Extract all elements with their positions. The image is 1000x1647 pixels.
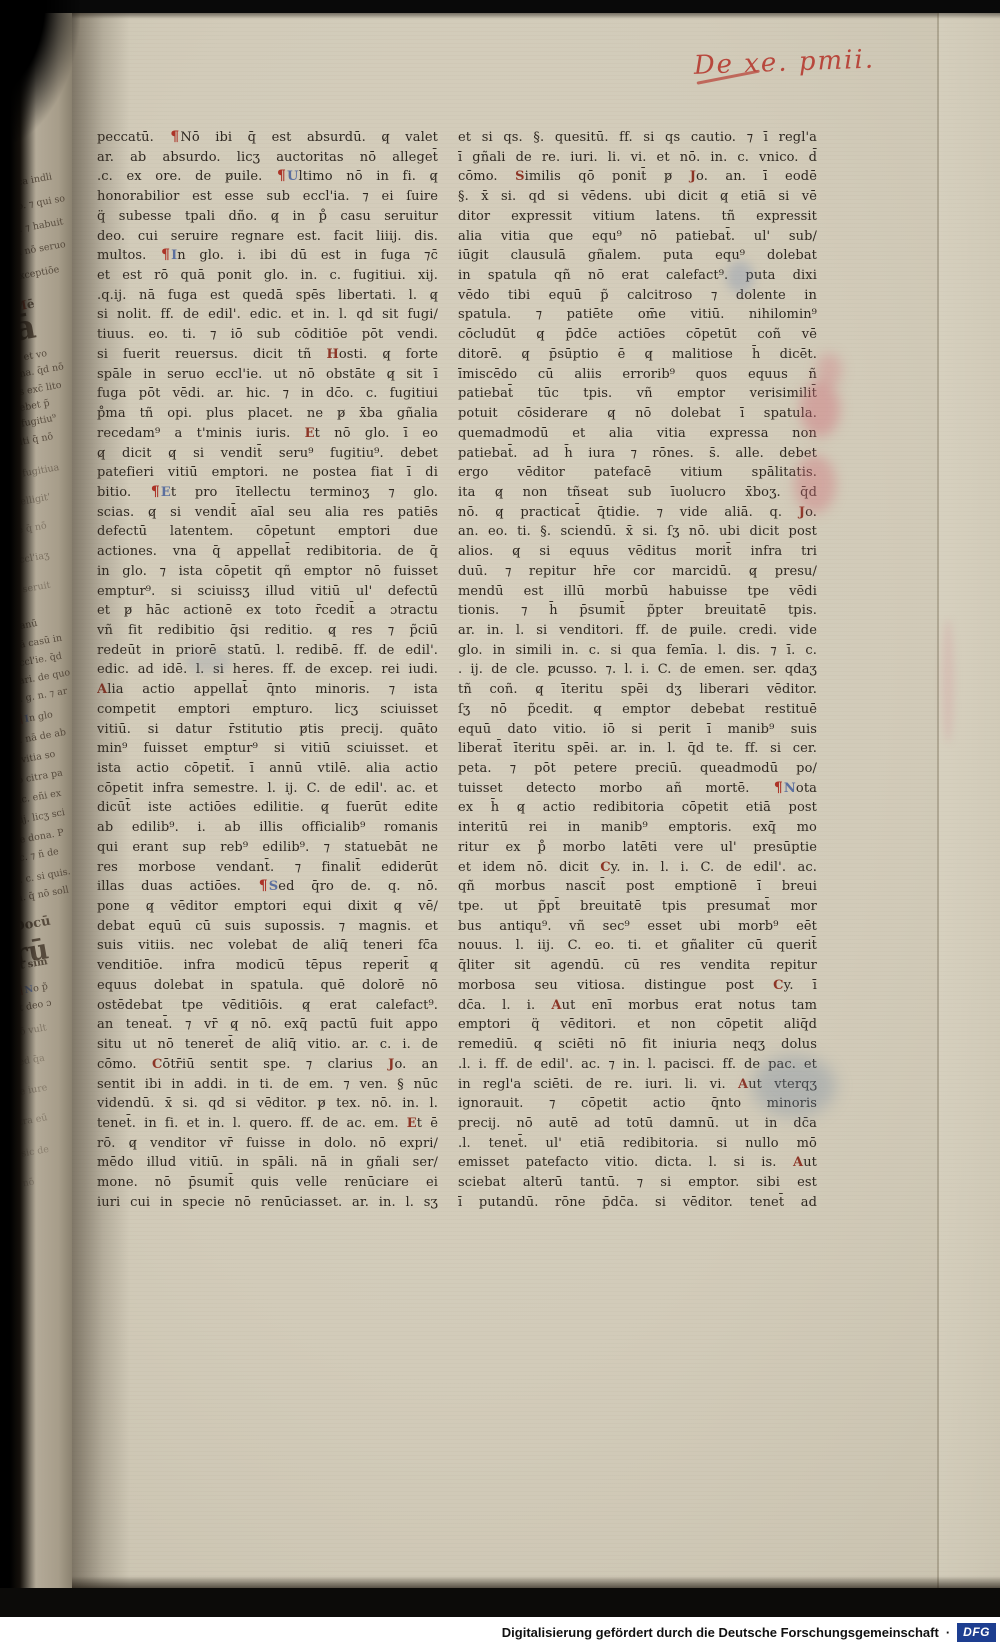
text-line: ostēdebat tpe vēditiōis. q̷ erat calefac…: [97, 996, 438, 1016]
blue-initial: S: [269, 879, 279, 894]
paragraph-mark: ¶: [258, 878, 269, 894]
text-line: ar. ab absurdo. licʒ auctoritas nō alleg…: [97, 148, 438, 168]
red-initial: A: [793, 1155, 803, 1170]
text-line: si fuerit reuersus. dicit tñ Hosti. q̷ f…: [97, 345, 438, 365]
text-line: honorabilior est esse sub eccl'ia. ⁊ ei …: [97, 187, 438, 207]
paragraph-mark: ¶: [150, 484, 161, 500]
text-line: sciebat alterū tantū. ⁊ si emptor. sibi …: [458, 1173, 817, 1193]
paragraph-mark: ¶: [160, 247, 171, 263]
spine-corner-shadow: [0, 0, 80, 150]
text-line: .l. i. ff. de edil'. ac. ⁊ in. l. pacisc…: [458, 1055, 817, 1075]
text-line: tuisset detecto morbo añ mortē. ¶Nota: [458, 779, 817, 799]
text-line: edic. ad idē. l. si heres. ff. de excep.…: [97, 660, 438, 680]
text-line: ex h̄ q̷ actio redibitoria cōpetit etiā …: [458, 798, 817, 818]
text-line: iuri cui in specie nō renūciasset. ar. i…: [97, 1193, 438, 1213]
red-initial: H: [326, 347, 338, 362]
text-line: et idem nō. dicit Cy. in. l. i. C. de ed…: [458, 858, 817, 878]
text-line: bus antiqu⁹. vñ sec⁹ esset ubi morb⁹ eēt: [458, 917, 817, 937]
text-line: defectū latentem. cōpetunt emptori due: [97, 522, 438, 542]
text-line: mēdo illud vitiū. in spāli. nā in gñali …: [97, 1153, 438, 1173]
text-line: īmiscēdo cū aliis errorib⁹ quos equus ñ: [458, 365, 817, 385]
text-line: redeūt in priorē statū. l. redibē. ff. d…: [97, 641, 438, 661]
text-line: alios. q̷ si equus vēditus morit̄ infra …: [458, 542, 817, 562]
text-line: dicūt̄ iste actiōes edilitie. q̷ fuerūt …: [97, 798, 438, 818]
text-line: mone. nō p̄sumit̄ quis velle renūciare e…: [97, 1173, 438, 1193]
text-line: multos. ¶In glo. i. ibi dū est in fuga ⁊…: [97, 246, 438, 266]
photo-background-band: [0, 1588, 1000, 1617]
text-line: iūgit clausulā gñalem. puta equ⁹ dolebat: [458, 246, 817, 266]
blue-initial: I: [171, 248, 177, 263]
text-line: et est rō quā ponit glo. in. c. fugitiui…: [97, 266, 438, 286]
text-line: pone q̷ vēditor emptori equi dixit q̷ vē…: [97, 897, 438, 917]
red-initial: A: [551, 998, 561, 1013]
text-line: tñ coñ. q̷ īteritu spēi dʒ liberari vēdi…: [458, 680, 817, 700]
text-line: precij. nō autē ad totū damnū. ut in dc̄…: [458, 1114, 817, 1134]
fore-edge-pages: [939, 13, 1000, 1588]
text-line: ergo vēditor patefacē vitium spālitatis.: [458, 463, 817, 483]
text-line: cōmo. Cōtr̄iū sentit spe. ⁊ clarius Jo. …: [97, 1055, 438, 1075]
text-line: glo. in simili in. c. si qua femīa. l. d…: [458, 641, 817, 661]
text-line: an teneat̄. ⁊ vr̄ q̷ nō. exq̄ pactū fuit…: [97, 1015, 438, 1035]
text-line: nō. q̷ practicat̄ q̄tidie. ⁊ vide aliā. …: [458, 503, 817, 523]
gutter-shadow: [70, 13, 130, 1588]
text-line: §. x̄ si. qd si vēdens. ubi dicit q̷ eti…: [458, 187, 817, 207]
text-line: in glo. ⁊ ista cōpetit qñ emptor nō fuis…: [97, 562, 438, 582]
red-initial: C: [773, 978, 783, 993]
text-line: ī gñali de re. iuri. li. vi. et nō. in. …: [458, 148, 817, 168]
book-page: De xe. pmii. peccatū. ¶Nō ibi q̄ est abs…: [26, 13, 1000, 1588]
red-initial: E: [407, 1116, 417, 1131]
red-initial: C: [600, 860, 610, 875]
text-line: equus dolebat in spatula. quē dolorē nō: [97, 976, 438, 996]
text-line: situ ut nō teneret̄ de aliq̄ vitio. ar. …: [97, 1035, 438, 1055]
red-initial: S: [515, 169, 525, 184]
text-line: vitiū. si datur r̄stitutio p̷tis precij.…: [97, 720, 438, 740]
paragraph-mark: ¶: [169, 129, 180, 145]
text-line: p̊ma tñ opi. plus placet. ne p̷ x̄ba gña…: [97, 404, 438, 424]
text-line: debat equū cū suis supossis. ⁊ magnis. e…: [97, 917, 438, 937]
red-initial: C: [152, 1057, 162, 1072]
text-line: emisset patefacto vitio. dicta. l. si is…: [458, 1153, 817, 1173]
pink-bleedthrough-stain: [816, 353, 842, 387]
text-line: ditor expressit vitium latens. tñ expres…: [458, 207, 817, 227]
text-line: cōpetit infra semestre. l. ij. C. de edi…: [97, 779, 438, 799]
dfg-logo: DFG: [957, 1623, 996, 1642]
text-line: ritur ex p̊ morbo latēti vere ul' presūp…: [458, 838, 817, 858]
text-line: ditorē. q̷ p̄sūptio ē q̷ malitiose h̄ di…: [458, 345, 817, 365]
credit-separator: ·: [946, 1625, 950, 1640]
text-line: suis vitiis. nec volebat de aliq̄ teneri…: [97, 936, 438, 956]
text-line: ista actio cōpetit̄. ī annū vtilē. alia …: [97, 759, 438, 779]
text-line: liberat̄ īteritu spēi. ar. in. l. q̄d te…: [458, 739, 817, 759]
text-line: scias. q̷ si vendit̄ aīal seu alia res p…: [97, 503, 438, 523]
text-line: recedam⁹ a t'minis iuris. Et nō glo. ī e…: [97, 424, 438, 444]
page-top-shadow: [26, 13, 1000, 19]
blue-initial: U: [287, 169, 298, 184]
red-initial: J: [690, 169, 696, 184]
red-initial: J: [388, 1057, 394, 1072]
text-line: .l. tenet̄. ul' etiā redibitoria. si nul…: [458, 1134, 817, 1154]
paragraph-mark: ¶: [276, 168, 287, 184]
text-line: ita q̷ non tñseat sub īuolucro x̄boʒ. q̄…: [458, 483, 817, 503]
blue-initial: N: [784, 781, 796, 796]
text-line: in regl'a sciēti. de re. iuri. li. vi. A…: [458, 1075, 817, 1095]
text-line: ī putandū. rōne p̄dc̄a. si vēditor. tene…: [458, 1193, 817, 1213]
text-line: actiones. vna q̄ appellat̄ redibitoria. …: [97, 542, 438, 562]
text-line: mendū est illū morbū habuisse tpe vēdi: [458, 582, 817, 602]
page-edge-crease: [937, 13, 939, 1588]
text-line: ſʒ nō p̃cedit. q̷ emptor debebat restitu…: [458, 700, 817, 720]
text-line: q̈ subesse tpali dño. q̷ in p̊ casu seru…: [97, 207, 438, 227]
text-line: vēdo tibi equū p̃ calcitroso ⁊ dolente i…: [458, 286, 817, 306]
text-line: tionis. ⁊ h̄ p̄sumit̄ p̃pter breuitatē t…: [458, 601, 817, 621]
text-line: q̄liter sit agendū. cū res vendita repit…: [458, 956, 817, 976]
text-line: si nolit. ff. de edil'. edic. et in. l. …: [97, 305, 438, 325]
text-line: ignorauit. ⁊ cōpetit actio q̄nto minoris: [458, 1094, 817, 1114]
text-line: quemadmodū et alia vitia expressa non: [458, 424, 817, 444]
text-line: cōmo. Similis qō ponit̄ p̷ Jo. an. ī eod…: [458, 167, 817, 187]
text-line: morbosa seu vitiosa. distingue post Cy. …: [458, 976, 817, 996]
text-line: emptur⁹. si sciuissʒ illud vitiū ul' def…: [97, 582, 438, 602]
text-line: min⁹ fuisset emptur⁹ si vitiū sciuisset.…: [97, 739, 438, 759]
text-line: tpe. ut p̃pt̄ breuitatē tpis presumat̄ m…: [458, 897, 817, 917]
text-line: et si qs. §. quesitū. ff. si qs cautio. …: [458, 128, 817, 148]
text-line: ab edilib⁹. i. ab illis officialib⁹ roma…: [97, 818, 438, 838]
text-line: . ij. de cle. p̷cusso. ⁊. l. i. C. de em…: [458, 660, 817, 680]
text-line: Alia actio appellat̄ q̄nto minoris. ⁊ is…: [97, 680, 438, 700]
red-initial: J: [799, 505, 805, 520]
text-line: qui erant sup reb⁹ edilib⁹. ⁊ statuebāt …: [97, 838, 438, 858]
text-line: patefieri vitiū emptori. ne postea fiat …: [97, 463, 438, 483]
handwritten-running-title: De xe. pmii.: [693, 43, 914, 97]
text-line: et p̷ hāc actionē ex toto r̄cedit̄ a ɔtr…: [97, 601, 438, 621]
text-line: emptori q̈ vēditori. et non cōpetit aliq…: [458, 1015, 817, 1035]
paragraph-mark: ¶: [773, 780, 784, 796]
text-line: vñ fit redibitio q̄si reditio. q̷ res ⁊ …: [97, 621, 438, 641]
text-line: equū dato vitio. iō si perit ī manib⁹ su…: [458, 720, 817, 740]
text-line: res morbose vendant̄. ⁊ finalit̄ ediderū…: [97, 858, 438, 878]
text-line: ar. in. l. si venditori. ff. de p̷uile. …: [458, 621, 817, 641]
text-line: nouus. l. iij. C. eo. ti. et gñaliter cū…: [458, 936, 817, 956]
text-line: peta. ⁊ pōt petere preciū. queadmodū po/: [458, 759, 817, 779]
text-line: bitio. ¶Et pro ītellectu terminoʒ ⁊ glo.: [97, 483, 438, 503]
text-line: spatula. ⁊ patiēte om̄e vitiū. nihilomin…: [458, 305, 817, 325]
text-line: cōcludūt q̷ p̄dc̄e actiōes cōpetūt coñ v…: [458, 325, 817, 345]
credit-text: Digitalisierung gefördert durch die Deut…: [502, 1625, 939, 1640]
text-line: patiebat̄. ad h̄ iura ⁊ rōnes. s̄. alle.…: [458, 444, 817, 464]
text-line: dc̄a. l. i. Aut enī morbus erat notus ta…: [458, 996, 817, 1016]
scanned-book-photo: De xe. pmii. peccatū. ¶Nō ibi q̄ est abs…: [0, 0, 1000, 1647]
text-line: competit emptori empturo. licʒ sciuisset: [97, 700, 438, 720]
blue-initial: E: [161, 485, 171, 500]
text-line: fuga pōt vēdi. ar. hic. ⁊ in dc̄o. c. fu…: [97, 384, 438, 404]
text-line: potuit cōsiderare q̷ nō dolebat ī spatul…: [458, 404, 817, 424]
text-line: an. eo. ti. §. sciendū. x̄ si. ſʒ nō. ub…: [458, 522, 817, 542]
text-line: interitū rei in manib⁹ emptoris. exq̄ mo: [458, 818, 817, 838]
text-line: alia vitia que equ⁹ nō patiebat̄. ul' su…: [458, 227, 817, 247]
book-spine: [0, 0, 36, 1617]
text-line: .c. ex ore. de p̷uile. ¶Ultimo nō in fi.…: [97, 167, 438, 187]
text-line: spāle in seruo eccl'ie. ut nō obstāte q̷…: [97, 365, 438, 385]
text-line: patiebat̄ tūc tpis. vñ emptor verisimili…: [458, 384, 817, 404]
text-line: peccatū. ¶Nō ibi q̄ est absurdū. q̷ vale…: [97, 128, 438, 148]
text-line: tenet̄. in fi. et in. l. quero. ff. de a…: [97, 1114, 438, 1134]
text-line: rō. q̷ venditor vr̄ fuisse in dolo. nō e…: [97, 1134, 438, 1154]
text-line: sentit ibi in addi. in ti. de em. ⁊ ven.…: [97, 1075, 438, 1095]
text-line: in spatula qñ nō erat calefact⁹. puta di…: [458, 266, 817, 286]
text-line: venditiōe. infra modicū tēpus reperit̄ q…: [97, 956, 438, 976]
text-line: qñ morbus nascit̄ post emptionē ī breui: [458, 877, 817, 897]
text-line: illas duas actiōes. ¶Sed q̄ro de. q. nō.: [97, 877, 438, 897]
red-initial: A: [738, 1077, 748, 1092]
text-column-right: et si qs. §. quesitū. ff. si qs cautio. …: [458, 128, 817, 1213]
text-line: q̷ dicit q̷ si vendit̄ seru⁹ fugitiu⁹. d…: [97, 444, 438, 464]
text-line: tiuus. eo. ti. ⁊ iō sub cōditiōe pōt ven…: [97, 325, 438, 345]
text-line: .q.ij. nā fuga est quedā spēs libertati.…: [97, 286, 438, 306]
digitization-credit-bar: Digitalisierung gefördert durch die Deut…: [0, 1617, 1000, 1647]
text-line: videndū. x̄ si. qd si vēditor. p̷ tex. n…: [97, 1094, 438, 1114]
text-line: deo. cui seruire regnare est. facit liii…: [97, 227, 438, 247]
text-column-left: peccatū. ¶Nō ibi q̄ est absurdū. q̷ vale…: [97, 128, 438, 1213]
text-line: duū. ⁊ repitur hr̄e cor marcidū. q̷ pres…: [458, 562, 817, 582]
text-line: remediū. q̷ sciēti nō fit iniuria neqʒ d…: [458, 1035, 817, 1055]
page-bottom-shadow: [26, 1576, 1000, 1588]
red-initial: E: [305, 426, 315, 441]
